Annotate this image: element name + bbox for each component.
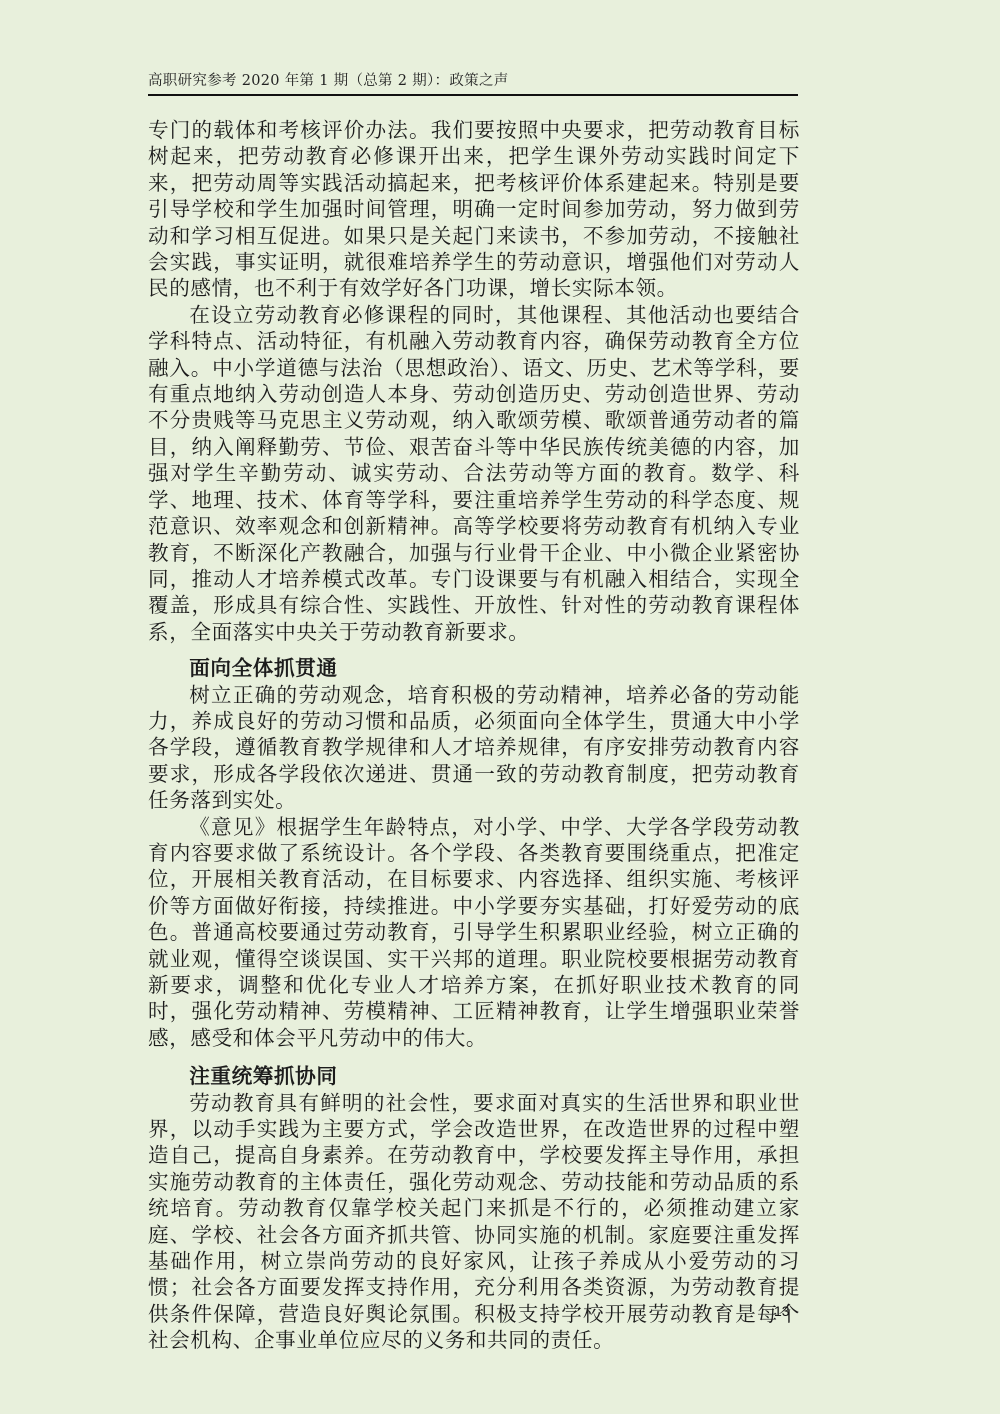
running-header: 高职研究参考 2020 年第 1 期（总第 2 期）：政策之声 bbox=[148, 70, 798, 96]
paragraph: 树立正确的劳动观念，培育积极的劳动精神，培养必备的劳动能力，养成良好的劳动习惯和… bbox=[148, 682, 800, 814]
paragraph: 《意见》根据学生年龄特点，对小学、中学、大学各学段劳动教育内容要求做了系统设计。… bbox=[148, 814, 800, 1052]
running-title: 高职研究参考 2020 年第 1 期（总第 2 期）：政策之声 bbox=[148, 72, 509, 90]
section-heading: 面向全体抓贯通 bbox=[148, 655, 800, 681]
paragraph: 劳动教育具有鲜明的社会性，要求面对真实的生活世界和职业世界，以动手实践为主要方式… bbox=[148, 1090, 800, 1354]
paragraph-continued: 专门的载体和考核评价办法。我们要按照中央要求，把劳动教育目标树起来，把劳动教育必… bbox=[148, 117, 800, 302]
article-body: 专门的载体和考核评价办法。我们要按照中央要求，把劳动教育目标树起来，把劳动教育必… bbox=[148, 117, 800, 1354]
section-heading: 注重统筹抓协同 bbox=[148, 1063, 800, 1089]
page-number: 13 bbox=[774, 1303, 790, 1319]
paragraph: 在设立劳动教育必修课程的同时，其他课程、其他活动也要结合学科特点、活动特征，有机… bbox=[148, 302, 800, 645]
